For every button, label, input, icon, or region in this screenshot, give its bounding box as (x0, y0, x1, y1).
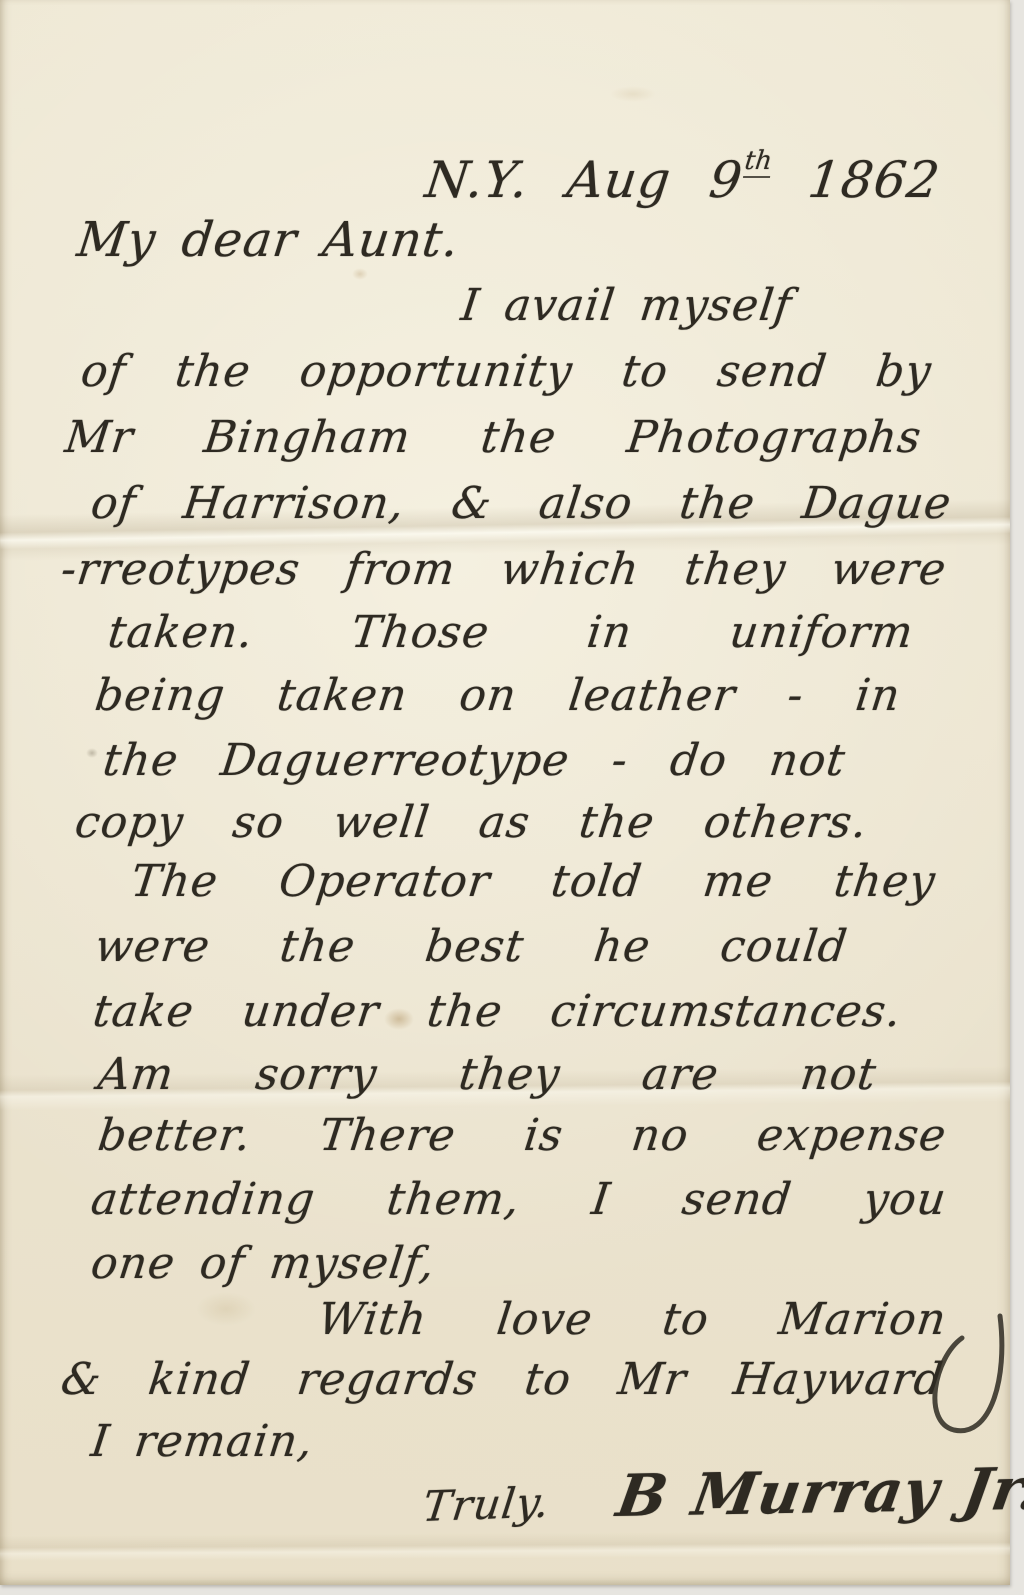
salutation: My dear Aunt. (74, 212, 463, 270)
closing: Truly. (420, 1478, 553, 1533)
letter-line: were the best he could (92, 921, 850, 974)
foxing-stain (196, 1292, 256, 1326)
signature: B Murray Jr. (612, 1455, 1024, 1532)
dateline-ordinal: th (743, 146, 774, 178)
letter-line: one of myself, (88, 1238, 438, 1291)
letter-line: I avail myself (458, 280, 795, 333)
foxing-stain (610, 86, 656, 102)
scan-stage: N.Y. Aug 9th 1862 My dear Aunt. I avail … (0, 0, 1024, 1595)
letter-line: taken. Those in uniform (105, 607, 916, 660)
letter-line: better. There is no expense (95, 1110, 949, 1163)
letter-line: attending them, I send you (88, 1174, 949, 1227)
letter-line: & kind regards to Mr Hayward (58, 1354, 946, 1407)
dateline: N.Y. Aug 9th 1862 (422, 146, 944, 210)
letter-line: take under the circumstances. (90, 986, 904, 1039)
letter-line: being taken on leather - in (92, 670, 903, 723)
fold-crease-bottom (0, 1527, 1010, 1562)
ink-speck (86, 748, 98, 758)
letter-line: copy so well as the others. (72, 797, 870, 850)
letter-line: Am sorry they are not (95, 1049, 879, 1102)
letter-line: With love to Marion (315, 1294, 949, 1347)
foxing-stain (352, 268, 368, 280)
letter-line: the Daguerreotype - do not (100, 735, 848, 788)
letter-line: -rreotypes from which they were (58, 544, 949, 597)
letter-line: of Harrison, & also the Dague (88, 478, 954, 531)
letter-line: of the opportunity to send by (78, 346, 934, 399)
dateline-place-day: N.Y. Aug 9 (422, 151, 746, 209)
dateline-year: 1862 (805, 151, 943, 209)
letter-line: The Operator told me they (128, 856, 938, 909)
letter-line: I remain, (88, 1416, 316, 1469)
letter-line: Mr Bingham the Photographs (62, 412, 924, 465)
